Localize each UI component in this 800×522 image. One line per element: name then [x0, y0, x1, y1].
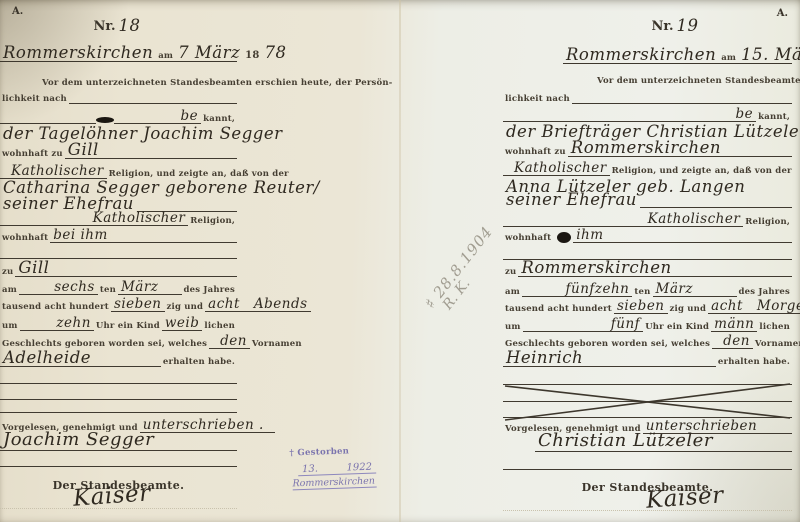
birth-hour-value: fünf	[608, 317, 643, 332]
am-label: am	[0, 285, 19, 295]
religion-mother-line: Katholischer Religion,	[0, 210, 237, 226]
gender-handwritten: weib	[162, 316, 203, 331]
year-written: 78	[262, 44, 290, 61]
wohnhaft-label: wohnhaft	[0, 233, 50, 243]
rule-line	[161, 294, 181, 295]
birth-year-line: tausend acht hundert sieben zig und acht…	[503, 298, 792, 314]
child-name-line: Heinrich erhalten habe.	[503, 347, 792, 367]
rule-line	[267, 432, 275, 433]
intro-line-2-label: lichkeit nach	[0, 94, 69, 104]
zu-label: zu	[503, 267, 518, 277]
place-name: Rommerskirchen	[0, 44, 156, 61]
rule-line	[746, 313, 754, 314]
date-value: 15. März	[738, 46, 800, 63]
birth-year-unit-value: acht	[708, 299, 746, 314]
declarant-signature: Christian Lützeler	[535, 432, 716, 452]
blank-line	[0, 451, 237, 467]
rule-line	[69, 103, 237, 104]
declarant-signature: Joachim Segger	[0, 431, 157, 451]
rule-line	[102, 158, 237, 159]
mother-relation: seiner Ehefrau	[503, 191, 640, 208]
birth-place-value: Rommerskirchen	[518, 259, 674, 277]
zu-label: zu	[0, 267, 15, 277]
declarant-signature-line: Joachim Segger	[0, 431, 237, 451]
mother-residence-line: wohnhaft ihm	[503, 227, 792, 243]
uhr-kind-label: Uhr ein Kind	[94, 321, 162, 331]
birth-decade-value: sieben	[614, 299, 668, 314]
stamp-place: Rommerskirchen	[292, 475, 376, 490]
birth-hour-line: um fünf Uhr ein Kind männ lichen	[503, 316, 792, 332]
wohnhaft-zu-label: wohnhaft zu	[503, 147, 568, 157]
birth-day-value: fünfzehn	[563, 282, 633, 297]
gender-handwritten: männ	[711, 317, 757, 332]
stamp-day: 13.	[302, 464, 318, 476]
religion-mother-value: Katholischer	[645, 212, 744, 227]
birth-daytime-value: Morgens	[754, 299, 800, 314]
des-jahres-label: des Jahres	[737, 287, 792, 297]
residence-line: wohnhaft zu Gill	[0, 143, 237, 159]
rule-line	[716, 451, 792, 452]
lichen-label: lichen	[202, 321, 237, 331]
am-label: am	[719, 53, 738, 63]
mother-line: Catharina Segger geborene Reuter/	[0, 176, 237, 196]
birth-daytime-value: Abends	[251, 297, 311, 312]
intro-line-1: Vor dem unterzeichneten Standesbeamten e…	[595, 76, 800, 86]
religion-mother-line: Katholischer Religion,	[503, 211, 792, 227]
mother-relation-line: seiner Ehefrau	[503, 192, 792, 208]
birth-month-value: März	[653, 282, 696, 297]
nr-label: Nr.	[93, 19, 115, 34]
blank-line	[0, 368, 237, 384]
birth-day-value: sechs	[51, 280, 98, 295]
place-name: Rommerskirchen	[563, 46, 719, 63]
rule-line	[503, 469, 792, 470]
rule-line	[572, 103, 792, 104]
am-label: am	[503, 287, 522, 297]
rule-line	[19, 294, 51, 295]
death-annotation-stamp: † Gestorben 13. 1922 Rommerskirchen	[289, 446, 376, 491]
rule-line	[724, 156, 792, 157]
religion-mother-value: Katholischer	[90, 211, 189, 226]
registrar-signature-line: Kaiser	[503, 485, 792, 511]
pencil-marginal-note: ♯ 28.8.1904 R. K.	[421, 223, 507, 321]
place-date-line: Rommerskirchen am 15. März 18 78	[563, 44, 792, 64]
nr-label: Nr.	[651, 19, 673, 34]
birth-day-line: am sechs ten März des Jahres	[0, 279, 237, 295]
intro-line-2-label: lichkeit nach	[503, 94, 572, 104]
intro-line-2: lichkeit nach	[503, 88, 792, 104]
erhalten-label: erhalten habe.	[161, 357, 237, 367]
mother-residence-value: ihm	[573, 228, 606, 243]
religion-declarant-value: Katholischer	[511, 161, 610, 176]
right-page-entry-19: A. Nr. 19 Rommerskirchen am 15. März 18 …	[503, 0, 792, 522]
vornamen-label: Vornamen	[250, 339, 304, 349]
religion-label: Religion,	[743, 217, 792, 227]
year-printed: 18	[243, 50, 261, 61]
stamp-title: † Gestorben	[289, 446, 375, 459]
rule-line	[0, 412, 237, 413]
blank-line	[0, 397, 237, 413]
birth-day-line: am fünfzehn ten März des Jahres	[503, 281, 792, 297]
mother-residence-line: wohnhaft bei ihm	[0, 227, 237, 243]
birth-place-value: Gill	[15, 259, 52, 277]
um-label: um	[503, 322, 523, 332]
registrar-signature: Kaiser	[642, 483, 727, 513]
tausend-label: tausend acht hundert	[0, 302, 111, 312]
rule-line	[696, 296, 737, 297]
place-date-line: Rommerskirchen am 7 März 18 78	[0, 42, 237, 62]
tausend-label: tausend acht hundert	[503, 304, 614, 314]
record-number-value: 18	[116, 17, 144, 34]
birth-decade-value: sieben	[111, 297, 165, 312]
rule-line	[607, 242, 792, 243]
birth-place-line: zu Rommerskirchen	[503, 261, 792, 277]
mother-residence-value: bei ihm	[50, 228, 111, 243]
am-label: am	[156, 51, 175, 61]
stamp-date-line: 13. 1922	[298, 462, 376, 477]
rule-line	[675, 276, 792, 277]
rule-line	[52, 276, 237, 277]
erhalten-label: erhalten habe.	[716, 357, 792, 367]
record-number-value: 19	[674, 17, 702, 34]
rule-line	[586, 366, 716, 367]
rule-line	[243, 311, 251, 312]
date-value: 7 März	[175, 44, 243, 61]
ten-label: ten	[632, 287, 652, 297]
zig-und-label: zig und	[668, 304, 709, 314]
um-label: um	[0, 321, 20, 331]
declarant-line: der Briefträger Christian Lützeler	[503, 120, 792, 140]
residence-value: Rommerskirchen	[568, 139, 724, 157]
birth-hour-line: um zehn Uhr ein Kind weib lichen	[0, 315, 237, 331]
cross-out-mark	[503, 380, 792, 422]
religion-declarant-line: Katholischer Religion, und zeigte an, da…	[503, 160, 792, 176]
declarant-signature-line: Christian Lützeler	[503, 432, 792, 452]
declarant-name: der Tagelöhner Joachim Segger	[0, 125, 285, 142]
lichen-label: lichen	[757, 322, 792, 332]
left-page-entry-18: A. Nr. 18 Rommerskirchen am 7 März 18 78…	[0, 0, 237, 522]
birth-hour-value: zehn	[53, 316, 94, 331]
uhr-kind-label: Uhr ein Kind	[643, 322, 711, 332]
religion-label: Religion,	[188, 216, 237, 226]
blank-line	[503, 454, 792, 470]
ten-label: ten	[98, 285, 118, 295]
rule-line	[523, 331, 608, 332]
intro-line-2: lichkeit nach	[0, 88, 237, 104]
rule-line	[94, 366, 161, 367]
rule-line	[0, 466, 237, 467]
child-name-value: Heinrich	[503, 349, 586, 367]
residence-line: wohnhaft zu Rommerskirchen	[503, 141, 792, 157]
rule-line	[0, 225, 90, 226]
declarant-line: der Tagelöhner Joachim Segger	[0, 122, 237, 142]
blank-line	[0, 243, 237, 259]
page-gutter	[399, 0, 401, 522]
birth-place-line: zu Gill	[0, 261, 237, 277]
rule-line	[640, 207, 792, 208]
birth-month-value: März	[118, 280, 161, 295]
child-name-value: Adelheide	[0, 349, 94, 367]
rule-line	[522, 296, 563, 297]
intro-line-1: Vor dem unterzeichneten Standesbeamten e…	[40, 78, 395, 88]
register-book-scan: A. Nr. 18 Rommerskirchen am 7 März 18 78…	[0, 0, 800, 522]
birth-year-unit-value: acht	[205, 297, 243, 312]
registrar-signature: Kaiser	[69, 481, 154, 511]
record-number-line: Nr. 19	[503, 14, 792, 34]
child-name-line: Adelheide erhalten habe.	[0, 347, 237, 367]
stamp-year: 1922	[346, 462, 372, 474]
residence-value: Gill	[65, 141, 102, 159]
registrar-signature-line: Kaiser	[0, 483, 237, 509]
zig-und-label: zig und	[165, 302, 206, 312]
des-jahres-label: des Jahres	[182, 285, 237, 295]
wohnhaft-zu-label: wohnhaft zu	[0, 149, 65, 159]
rule-line	[20, 330, 54, 331]
record-number-line: Nr. 18	[0, 14, 237, 34]
wohnhaft-label: wohnhaft	[503, 233, 553, 243]
birth-year-line: tausend acht hundert sieben zig und acht…	[0, 296, 237, 312]
ink-blot	[557, 232, 571, 243]
